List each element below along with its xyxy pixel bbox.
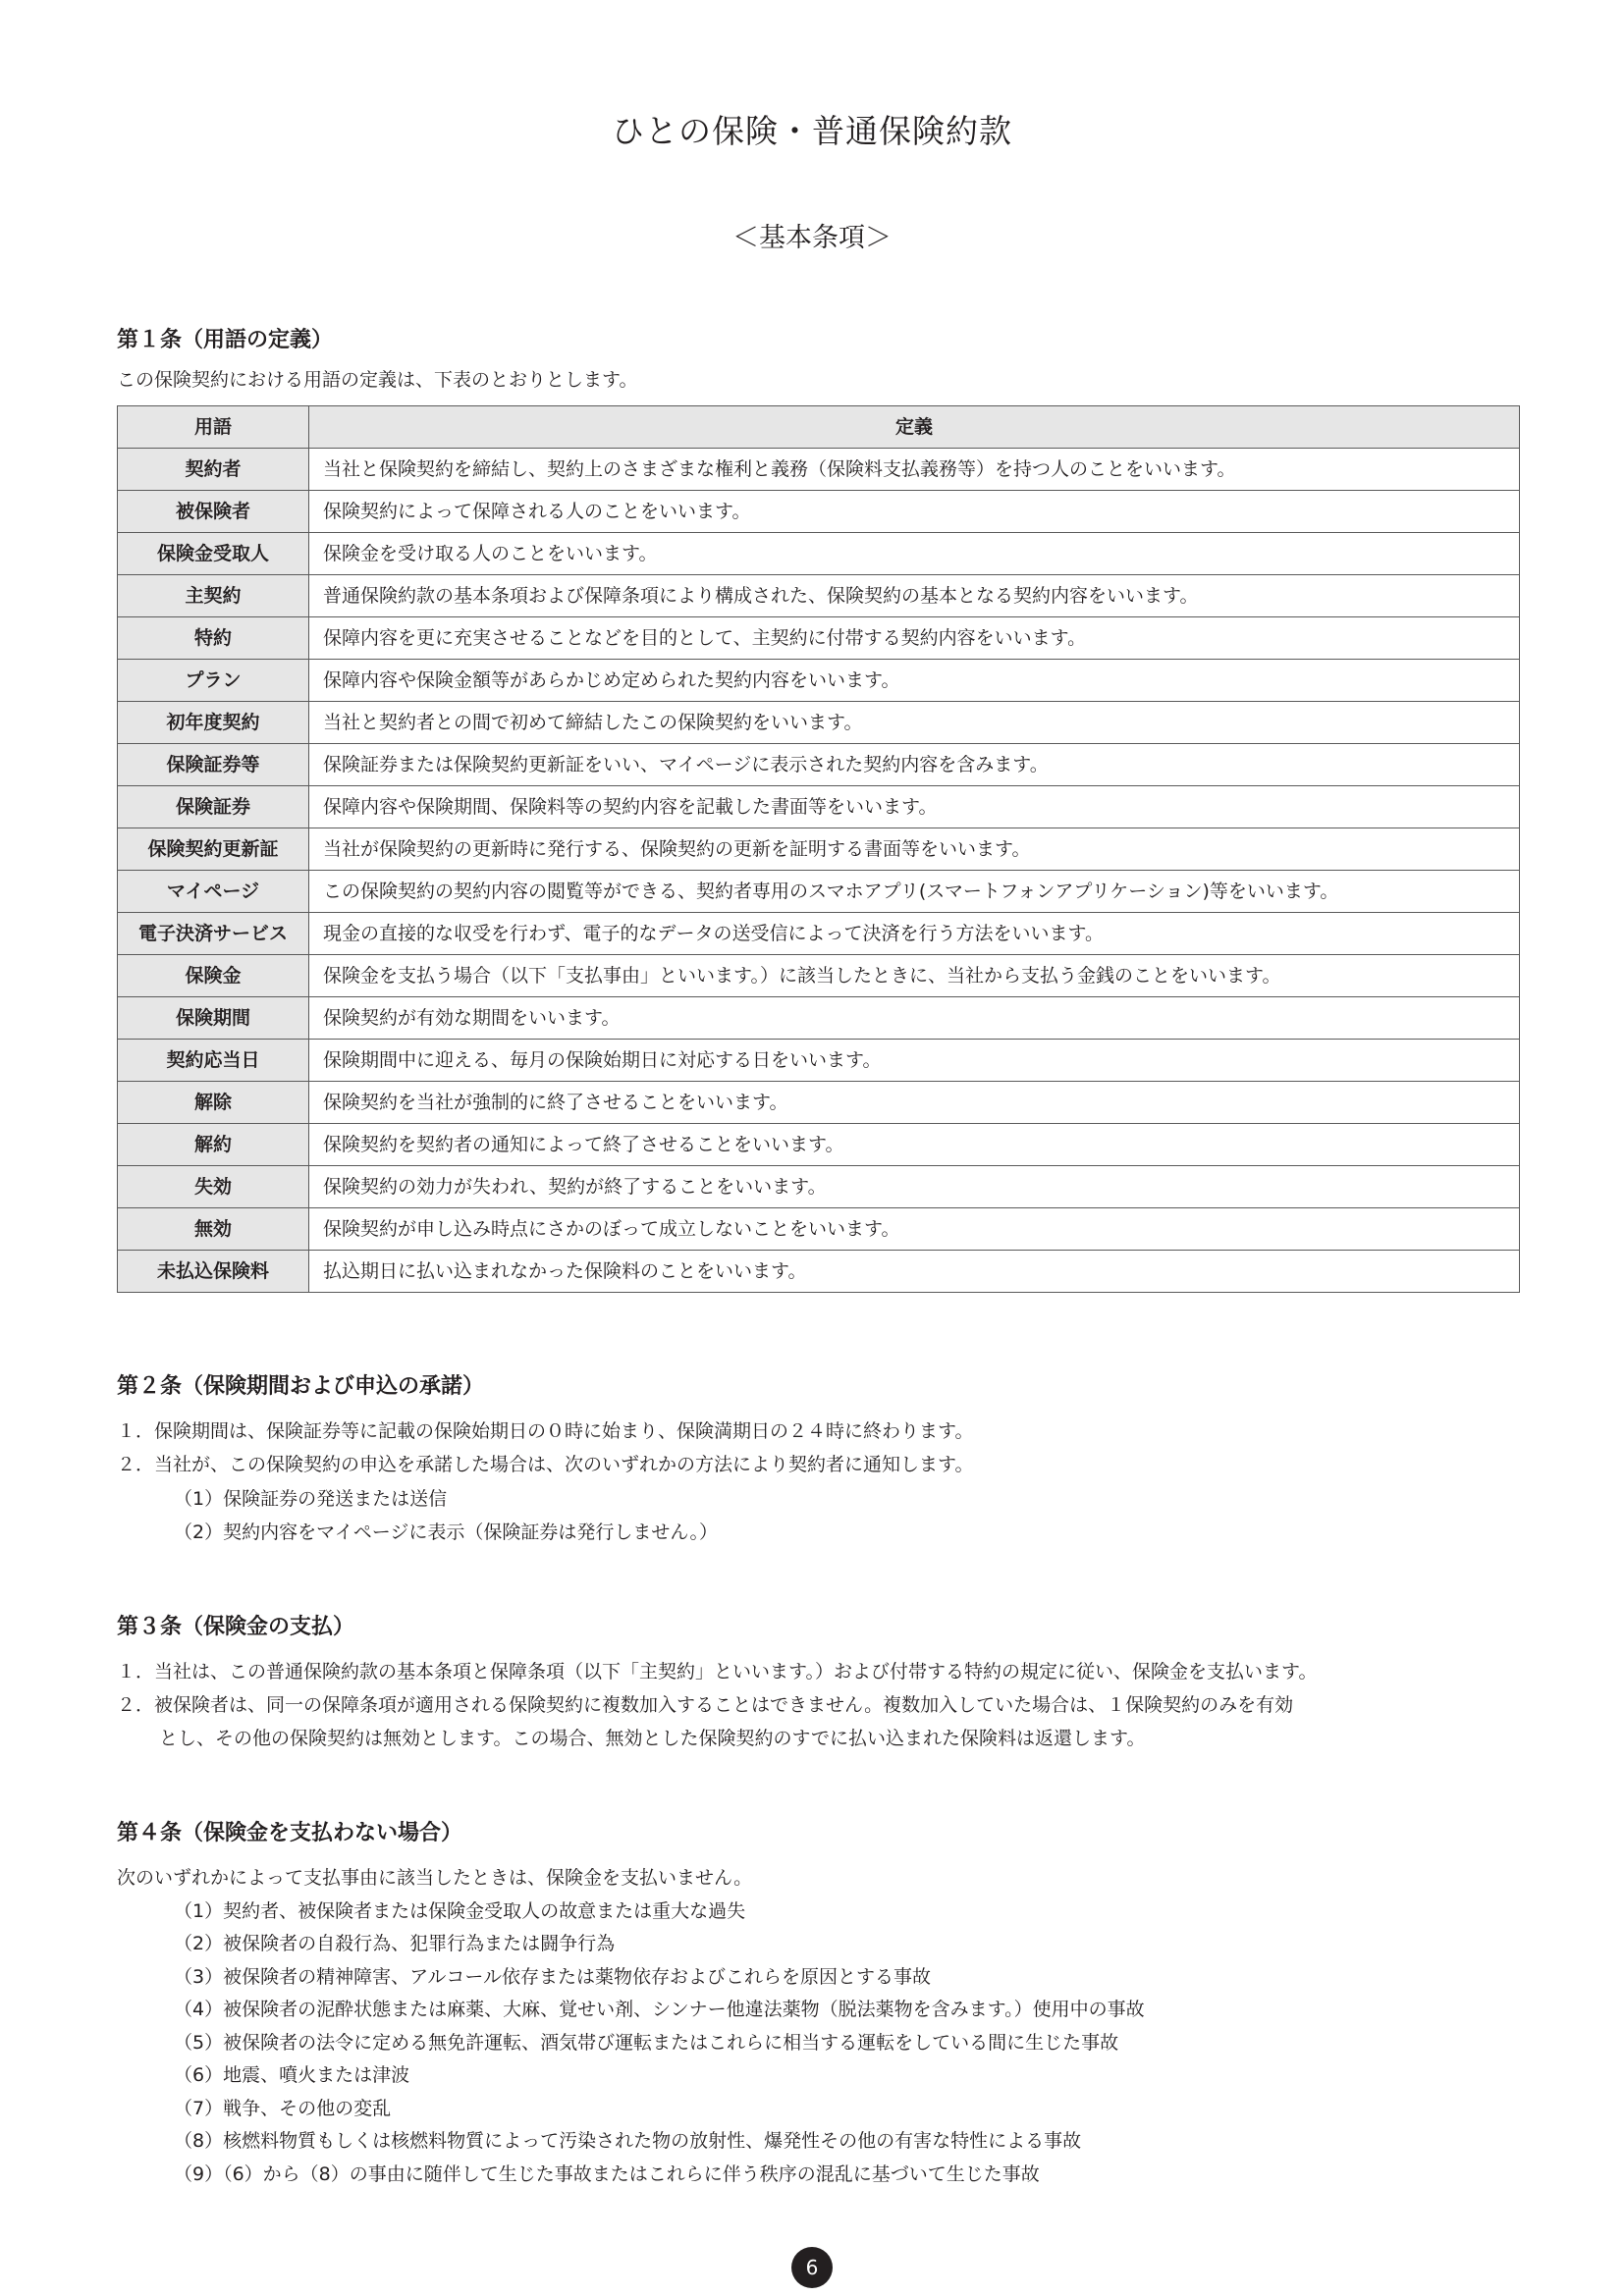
table-row: 未払込保険料払込期日に払い込まれなかった保険料のことをいいます。 xyxy=(118,1251,1520,1293)
definition-cell: 保障内容を更に充実させることなどを目的として、主契約に付帯する契約内容をいいます… xyxy=(309,617,1520,660)
term-cell: 保険金受取人 xyxy=(118,533,309,575)
article-3-item-2: ２．被保険者は、同一の保障条項が適用される保険契約に複数加入することはできません… xyxy=(117,1690,1293,1720)
article-4-subitem-9: （9）（6）から（8）の事由に随伴して生じた事故またはこれらに伴う秩序の混乱に基… xyxy=(174,2160,1040,2189)
term-cell: 契約応当日 xyxy=(118,1040,309,1082)
term-cell: 初年度契約 xyxy=(118,702,309,744)
column-header-definition: 定義 xyxy=(309,406,1520,449)
definition-cell: 保険契約を契約者の通知によって終了させることをいいます。 xyxy=(309,1124,1520,1166)
term-cell: プラン xyxy=(118,660,309,702)
article-4-subitem-7: （7）戦争、その他の変乱 xyxy=(174,2094,391,2123)
table-row: 電子決済サービス現金の直接的な収受を行わず、電子的なデータの送受信によって決済を… xyxy=(118,913,1520,955)
definition-cell: 当社が保険契約の更新時に発行する、保険契約の更新を証明する書面等をいいます。 xyxy=(309,828,1520,871)
table-row: 被保険者保険契約によって保障される人のことをいいます。 xyxy=(118,491,1520,533)
definition-cell: 保障内容や保険金額等があらかじめ定められた契約内容をいいます。 xyxy=(309,660,1520,702)
definition-cell: この保険契約の契約内容の閲覧等ができる、契約者専用のスマホアプリ(スマートフォン… xyxy=(309,871,1520,913)
definition-cell: 保険期間中に迎える、毎月の保険始期日に対応する日をいいます。 xyxy=(309,1040,1520,1082)
article-3-item-1: １．当社は、この普通保険約款の基本条項と保障条項（以下「主契約」といいます。）お… xyxy=(117,1657,1317,1686)
table-row: マイページこの保険契約の契約内容の閲覧等ができる、契約者専用のスマホアプリ(スマ… xyxy=(118,871,1520,913)
term-cell: 解除 xyxy=(118,1082,309,1124)
article-4-intro: 次のいずれかによって支払事由に該当したときは、保険金を支払いません。 xyxy=(117,1863,752,1893)
definition-cell: 当社と契約者との間で初めて締結したこの保険契約をいいます。 xyxy=(309,702,1520,744)
term-cell: 保険証券 xyxy=(118,786,309,828)
article-2-subitem-1: （1）保険証券の発送または送信 xyxy=(174,1484,447,1514)
definition-cell: 保険金を受け取る人のことをいいます。 xyxy=(309,533,1520,575)
definition-cell: 保険契約の効力が失われ、契約が終了することをいいます。 xyxy=(309,1166,1520,1208)
term-cell: 保険期間 xyxy=(118,997,309,1040)
table-row: 契約者当社と保険契約を締結し、契約上のさまざまな権利と義務（保険料支払義務等）を… xyxy=(118,449,1520,491)
article-2-subitem-2: （2）契約内容をマイページに表示（保険証券は発行しません。） xyxy=(174,1518,718,1547)
table-row: 保険契約更新証当社が保険契約の更新時に発行する、保険契約の更新を証明する書面等を… xyxy=(118,828,1520,871)
table-row: プラン保障内容や保険金額等があらかじめ定められた契約内容をいいます。 xyxy=(118,660,1520,702)
article-3-heading: 第３条（保険金の支払） xyxy=(117,1613,354,1642)
definition-cell: 保険契約が有効な期間をいいます。 xyxy=(309,997,1520,1040)
definitions-table: 用語 定義 契約者当社と保険契約を締結し、契約上のさまざまな権利と義務（保険料支… xyxy=(117,405,1520,1293)
table-row: 保険証券等保険証券または保険契約更新証をいい、マイページに表示された契約内容を含… xyxy=(118,744,1520,786)
table-row: 失効保険契約の効力が失われ、契約が終了することをいいます。 xyxy=(118,1166,1520,1208)
table-row: 保険期間保険契約が有効な期間をいいます。 xyxy=(118,997,1520,1040)
article-2-item-2: ２．当社が、この保険契約の申込を承諾した場合は、次のいずれかの方法により契約者に… xyxy=(117,1450,973,1479)
document-title: ひとの保険・普通保険約款 xyxy=(0,110,1624,153)
article-4-subitem-1: （1）契約者、被保険者または保険金受取人の故意または重大な過失 xyxy=(174,1896,745,1926)
term-cell: 被保険者 xyxy=(118,491,309,533)
table-row: 初年度契約当社と契約者との間で初めて締結したこの保険契約をいいます。 xyxy=(118,702,1520,744)
article-4-subitem-2: （2）被保険者の自殺行為、犯罪行為または闘争行為 xyxy=(174,1929,615,1958)
definition-cell: 普通保険約款の基本条項および保障条項により構成された、保険契約の基本となる契約内… xyxy=(309,575,1520,617)
definition-cell: 払込期日に払い込まれなかった保険料のことをいいます。 xyxy=(309,1251,1520,1293)
term-cell: 保険金 xyxy=(118,955,309,997)
term-cell: 無効 xyxy=(118,1208,309,1251)
table-header-row: 用語 定義 xyxy=(118,406,1520,449)
table-row: 保険金保険金を支払う場合（以下「支払事由」といいます。）に該当したときに、当社か… xyxy=(118,955,1520,997)
table-row: 契約応当日保険期間中に迎える、毎月の保険始期日に対応する日をいいます。 xyxy=(118,1040,1520,1082)
article-4-subitem-5: （5）被保険者の法令に定める無免許運転、酒気帯び運転またはこれらに相当する運転を… xyxy=(174,2028,1118,2057)
definition-cell: 保障内容や保険期間、保険料等の契約内容を記載した書面等をいいます。 xyxy=(309,786,1520,828)
article-3-item-2-continued: とし、その他の保険契約は無効とします。この場合、無効とした保険契約のすでに払い込… xyxy=(159,1724,1146,1753)
term-cell: 契約者 xyxy=(118,449,309,491)
term-cell: 解約 xyxy=(118,1124,309,1166)
term-cell: 電子決済サービス xyxy=(118,913,309,955)
article-1-intro: この保険契約における用語の定義は、下表のとおりとします。 xyxy=(117,365,637,395)
definition-cell: 保険契約によって保障される人のことをいいます。 xyxy=(309,491,1520,533)
definition-cell: 保険金を支払う場合（以下「支払事由」といいます。）に該当したときに、当社から支払… xyxy=(309,955,1520,997)
definition-cell: 保険証券または保険契約更新証をいい、マイページに表示された契約内容を含みます。 xyxy=(309,744,1520,786)
term-cell: 未払込保険料 xyxy=(118,1251,309,1293)
article-2-item-1: １．保険期間は、保険証券等に記載の保険始期日の０時に始まり、保険満期日の２４時に… xyxy=(117,1416,973,1446)
table-row: 主契約普通保険約款の基本条項および保障条項により構成された、保険契約の基本となる… xyxy=(118,575,1520,617)
article-4-subitem-6: （6）地震、噴火または津波 xyxy=(174,2060,409,2090)
term-cell: 保険契約更新証 xyxy=(118,828,309,871)
article-4-subitem-8: （8）核燃料物質もしくは核燃料物質によって汚染された物の放射性、爆発性その他の有… xyxy=(174,2126,1081,2156)
table-row: 無効保険契約が申し込み時点にさかのぼって成立しないことをいいます。 xyxy=(118,1208,1520,1251)
article-4-subitem-4: （4）被保険者の泥酔状態または麻薬、大麻、覚せい剤、シンナー他違法薬物（脱法薬物… xyxy=(174,1995,1145,2024)
table-row: 解約保険契約を契約者の通知によって終了させることをいいます。 xyxy=(118,1124,1520,1166)
article-2-heading: 第２条（保険期間および申込の承諾） xyxy=(117,1372,484,1402)
definition-cell: 保険契約を当社が強制的に終了させることをいいます。 xyxy=(309,1082,1520,1124)
column-header-term: 用語 xyxy=(118,406,309,449)
section-subtitle: ＜基本条項＞ xyxy=(0,220,1624,257)
article-1-heading: 第１条（用語の定義） xyxy=(117,326,333,355)
page-number-badge: 6 xyxy=(791,2247,833,2288)
article-4-heading: 第４条（保険金を支払わない場合） xyxy=(117,1819,462,1848)
table-row: 保険金受取人保険金を受け取る人のことをいいます。 xyxy=(118,533,1520,575)
table-row: 特約保障内容を更に充実させることなどを目的として、主契約に付帯する契約内容をいい… xyxy=(118,617,1520,660)
term-cell: 特約 xyxy=(118,617,309,660)
table-row: 保険証券保障内容や保険期間、保険料等の契約内容を記載した書面等をいいます。 xyxy=(118,786,1520,828)
term-cell: マイページ xyxy=(118,871,309,913)
article-4-subitem-3: （3）被保険者の精神障害、アルコール依存または薬物依存およびこれらを原因とする事… xyxy=(174,1962,931,1992)
term-cell: 保険証券等 xyxy=(118,744,309,786)
definition-cell: 保険契約が申し込み時点にさかのぼって成立しないことをいいます。 xyxy=(309,1208,1520,1251)
term-cell: 失効 xyxy=(118,1166,309,1208)
term-cell: 主契約 xyxy=(118,575,309,617)
definition-cell: 現金の直接的な収受を行わず、電子的なデータの送受信によって決済を行う方法をいいま… xyxy=(309,913,1520,955)
table-row: 解除保険契約を当社が強制的に終了させることをいいます。 xyxy=(118,1082,1520,1124)
definition-cell: 当社と保険契約を締結し、契約上のさまざまな権利と義務（保険料支払義務等）を持つ人… xyxy=(309,449,1520,491)
